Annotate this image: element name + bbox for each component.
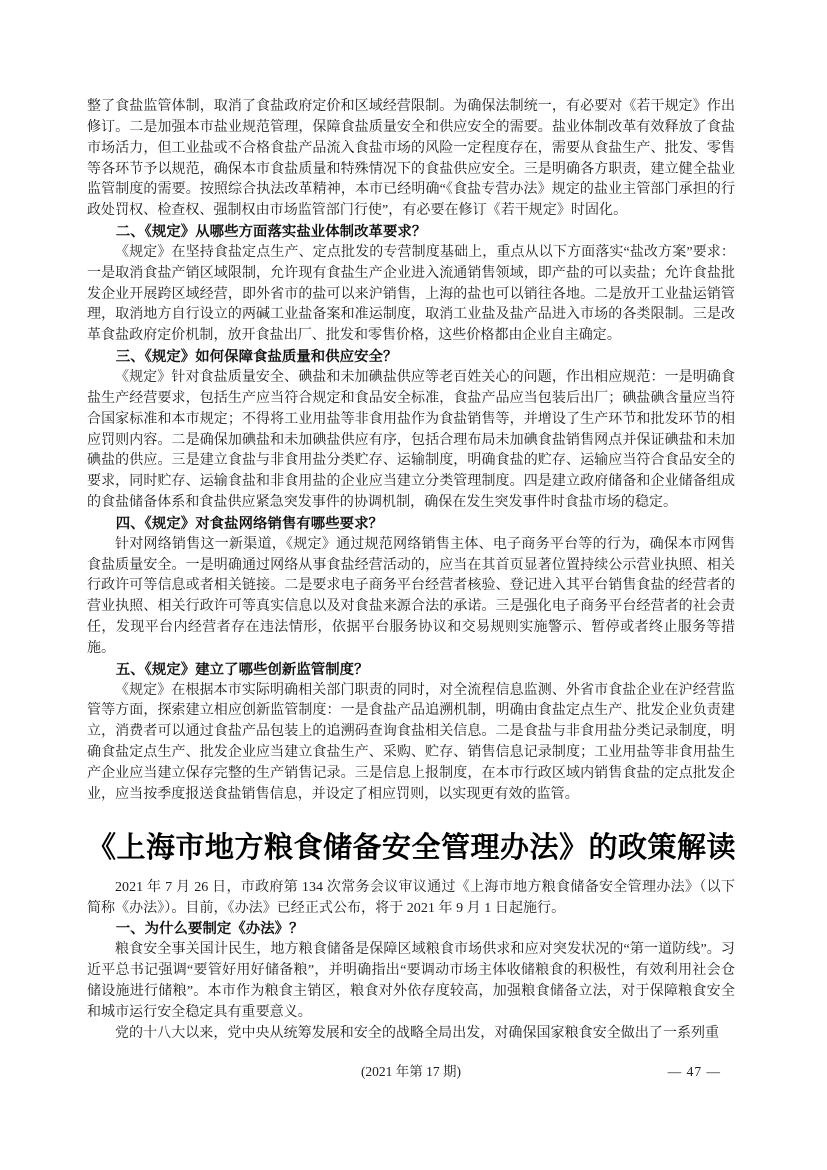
section-heading-q4: 四、《规定》对食盐网络销售有哪些要求？ [87, 514, 735, 535]
section-heading-q2: 二、《规定》从哪些方面落实盐业体制改革要求？ [87, 222, 735, 243]
paragraph-q2: 《规定》在坚持食盐定点生产、定点批发的专营制度基础上，重点从以下方面落实“盐改方… [87, 243, 735, 347]
paragraph-q5: 《规定》在根据本市实际明确相关部门职责的同时，对全流程信息监测、外省市食盐企业在… [87, 681, 735, 806]
page-footer: (2021 年第 17 期) — 47 — [87, 1061, 735, 1083]
article-title: 《上海市地方粮食储备安全管理办法》的政策解读 [87, 826, 735, 870]
paragraph-q3: 《规定》针对食盐质量安全、碘盐和未加碘盐供应等老百姓关心的问题，作出相应规范：一… [87, 368, 735, 514]
footer-issue-label: (2021 年第 17 期) [87, 1061, 735, 1083]
section-heading-q5: 五、《规定》建立了哪些创新监管制度？ [87, 660, 735, 681]
paragraph-intro: 2021 年 7 月 26 日，市政府第 134 次常务会议审议通过《上海市地方… [87, 878, 735, 920]
content-column: 整了食盐监管体制，取消了食盐政府定价和区域经营限制。为确保法制统一，有必要对《若… [87, 97, 735, 1044]
document-page: 整了食盐监管体制，取消了食盐政府定价和区域经营限制。为确保法制统一，有必要对《若… [0, 0, 827, 1170]
paragraph-q4: 针对网络销售这一新渠道，《规定》通过规范网络销售主体、电子商务平台等的行为，确保… [87, 535, 735, 660]
paragraph-continuation: 整了食盐监管体制，取消了食盐政府定价和区域经营限制。为确保法制统一，有必要对《若… [87, 97, 735, 222]
section-heading-q3: 三、《规定》如何保障食盐质量和供应安全？ [87, 347, 735, 368]
footer-page-number: — 47 — [668, 1061, 721, 1083]
section-heading-why: 一、为什么要制定《办法》？ [87, 919, 735, 940]
paragraph-partial: 党的十八大以来，党中央从统筹发展和安全的战略全局出发，对确保国家粮食安全做出了一… [87, 1024, 735, 1045]
paragraph-why: 粮食安全事关国计民生，地方粮食储备是保障区域粮食市场供求和应对突发状况的“第一道… [87, 940, 735, 1023]
